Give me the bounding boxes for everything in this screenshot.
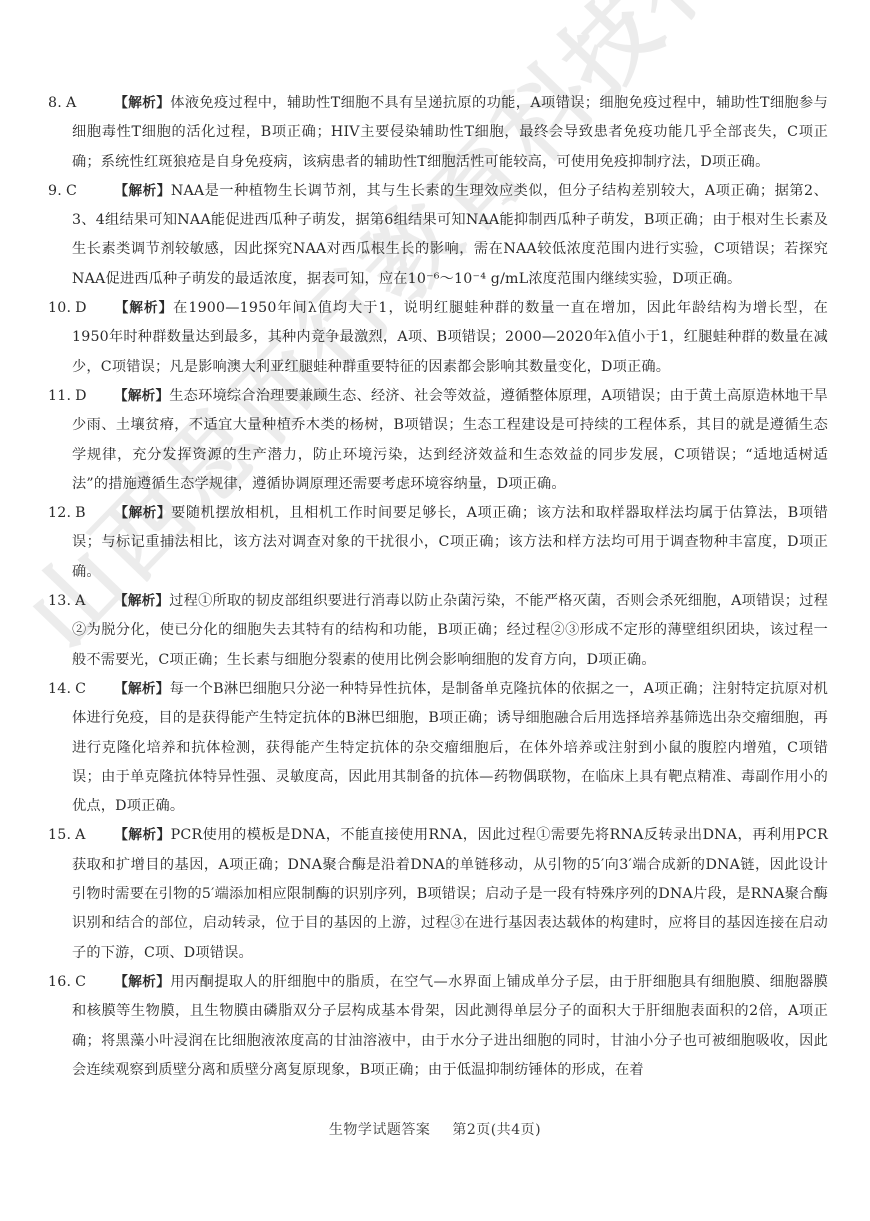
analysis-text: 每一个B淋巴细胞只分泌一种特异性抗体，是制备单克隆抗体的依据之一，A项正确；注射…	[72, 681, 828, 814]
item-number: 13.A	[48, 587, 86, 616]
analysis-text: 在1900—1950年间λ值均大于1，说明红腿蛙种群的数量一直在增加，因此年龄结…	[72, 300, 828, 375]
analysis-text: 过程①所取的韧皮部组织要进行消毒以防止杂菌污染，不能严格灭菌，否则会杀死细胞，A…	[72, 593, 828, 668]
analysis-text: 要随机摆放相机，且相机工作时间要足够长，A项正确；该方法和取样器取样法均属于估算…	[72, 505, 828, 580]
answer-item-11: 11.D 【解析】生态环境综合治理要兼顾生态、经济、社会等效益，遵循整体原理，A…	[48, 382, 828, 499]
answer-item-13: 13.A 【解析】过程①所取的韧皮部组织要进行消毒以防止杂菌污染，不能严格灭菌，…	[48, 587, 828, 675]
analysis-label: 【解析】	[114, 681, 170, 697]
analysis-text: 用丙酮提取人的肝细胞中的脂质，在空气—水界面上铺成单分子层，由于肝细胞具有细胞膜…	[72, 974, 828, 1078]
answer-item-15: 15.A 【解析】PCR使用的模板是DNA，不能直接使用RNA，因此过程①需要先…	[48, 821, 828, 967]
item-number: 15.A	[48, 821, 86, 850]
analysis-label: 【解析】	[114, 827, 171, 843]
analysis-label: 【解析】	[114, 593, 169, 609]
answer-item-14: 14.C 【解析】每一个B淋巴细胞只分泌一种特异性抗体，是制备单克隆抗体的依据之…	[48, 675, 828, 821]
answer-item-12: 12.B 【解析】要随机摆放相机，且相机工作时间要足够长，A项正确；该方法和取样…	[48, 499, 828, 587]
item-number: 12.B	[48, 499, 86, 528]
analysis-text: 体液免疫过程中，辅助性T细胞不具有呈递抗原的功能，A项错误；细胞免疫过程中，辅助…	[72, 95, 828, 170]
item-number: 14.C	[48, 675, 86, 704]
analysis-label: 【解析】	[114, 974, 170, 990]
analysis-label: 【解析】	[114, 388, 169, 404]
answer-item-16: 16.C 【解析】用丙酮提取人的肝细胞中的脂质，在空气—水界面上铺成单分子层，由…	[48, 968, 828, 1085]
analysis-text: NAA是一种植物生长调节剂，其与生长素的生理效应类似，但分子结构差别较大，A项正…	[72, 183, 828, 287]
item-number: 11.D	[48, 382, 87, 411]
item-number: 9.C	[48, 177, 77, 206]
answer-list: 8.A 【解析】体液免疫过程中，辅助性T细胞不具有呈递抗原的功能，A项错误；细胞…	[48, 89, 828, 1085]
analysis-label: 【解析】	[114, 183, 171, 199]
analysis-label: 【解析】	[114, 95, 170, 111]
analysis-text: 生态环境综合治理要兼顾生态、经济、社会等效益，遵循整体原理，A项错误；由于黄土高…	[72, 388, 828, 492]
analysis-text: PCR使用的模板是DNA，不能直接使用RNA，因此过程①需要先将RNA反转录出D…	[72, 827, 828, 960]
analysis-label: 【解析】	[114, 300, 173, 316]
page-footer: 生物学试题答案第2页(共4页)	[0, 1119, 870, 1139]
document-page: 山西思而行教育科技有限公司 8.A 【解析】体液免疫过程中，辅助性T细胞不具有呈…	[0, 0, 870, 1221]
answer-item-9: 9.C 【解析】NAA是一种植物生长调节剂，其与生长素的生理效应类似，但分子结构…	[48, 177, 828, 294]
item-number: 16.C	[48, 968, 86, 997]
answer-item-10: 10.D 【解析】在1900—1950年间λ值均大于1，说明红腿蛙种群的数量一直…	[48, 294, 828, 382]
item-number: 10.D	[48, 294, 87, 323]
footer-title: 生物学试题答案	[329, 1122, 431, 1138]
page-number: 第2页(共4页)	[452, 1122, 541, 1138]
analysis-label: 【解析】	[114, 505, 171, 521]
answer-item-8: 8.A 【解析】体液免疫过程中，辅助性T细胞不具有呈递抗原的功能，A项错误；细胞…	[48, 89, 828, 177]
item-number: 8.A	[48, 89, 76, 118]
